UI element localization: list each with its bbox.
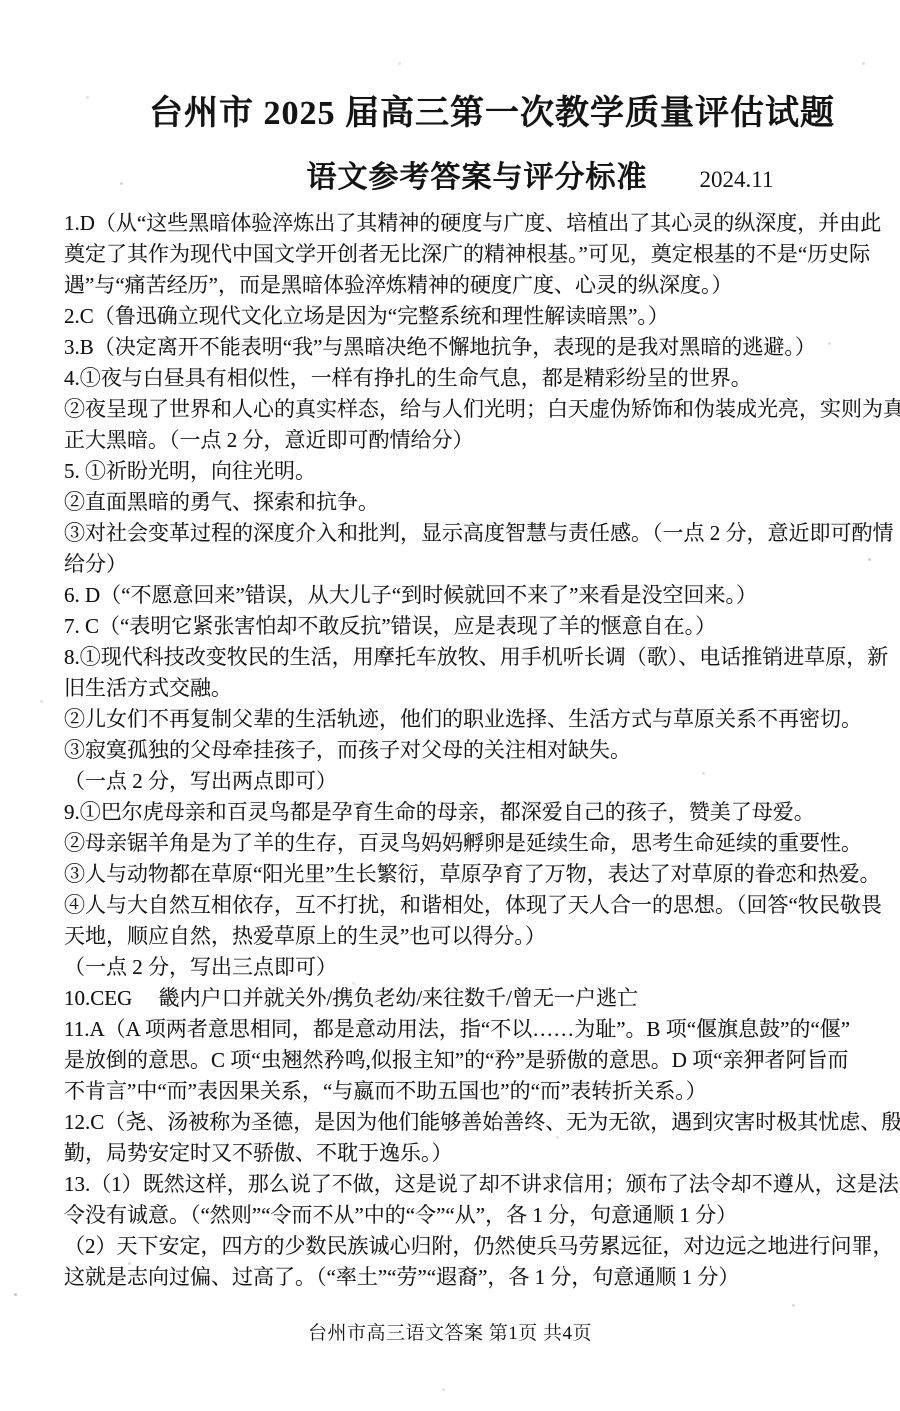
answer-line: 11.A（A 项两者意思相同，都是意动用法，指“不以……为耻”。B 项“偃旗息鼓…	[64, 1014, 882, 1045]
answer-line: 奠定了其作为现代中国文学开创者无比深广的精神根基。”可见，奠定根基的不是“历史际	[64, 239, 882, 270]
page-title: 台州市 2025 届高三第一次教学质量评估试题	[0, 0, 900, 138]
answer-line: ④人与大自然互相依存，互不打扰，和谐相处，体现了天人合一的思想。（回答“牧民敬畏	[64, 890, 882, 921]
answer-line: 天地，顺应自然，热爱草原上的生灵”也可以得分。）	[64, 921, 882, 952]
page-date: 2024.11	[700, 167, 774, 192]
answer-body: 1.D（从“这些黑暗体验淬炼出了其精神的硬度与广度、培植出了其心灵的纵深度，并由…	[64, 208, 882, 1293]
answer-line: 8.①现代科技改变牧民的生活，用摩托车放牧、用手机听长调（歌）、电话推销进草原，…	[64, 642, 882, 673]
answer-line: 遇”与“痛苦经历”，而是黑暗体验淬炼精神的硬度广度、心灵的纵深度。）	[64, 270, 882, 301]
page-subtitle: 语文参考答案与评分标准	[307, 161, 648, 194]
answer-line: 正大黑暗。（一点 2 分，意近即可酌情给分）	[64, 425, 882, 456]
answer-line: ③对社会变革过程的深度介入和批判，显示高度智慧与责任感。（一点 2 分，意近即可…	[64, 518, 882, 549]
page-footer: 台州市高三语文答案 第1页 共4页	[0, 1318, 900, 1345]
answer-line: ②儿女们不再复制父辈的生活轨迹，他们的职业选择、生活方式与草原关系不再密切。	[64, 704, 882, 735]
answer-line: 3.B（决定离开不能表明“我”与黑暗决绝不懈地抗争，表现的是我对黑暗的逃避。）	[64, 332, 882, 363]
answer-line: 12.C（尧、汤被称为圣德，是因为他们能够善始善终、无为无欲，遇到灾害时极其忧虑…	[64, 1107, 882, 1138]
answer-line: 给分）	[64, 549, 882, 580]
answer-line: 6. D（“不愿意回来”错误，从大儿子“到时候就回不来了”来看是没空回来。）	[64, 580, 882, 611]
answer-line: ②母亲锯羊角是为了羊的生存，百灵鸟妈妈孵卵是延续生命，思考生命延续的重要性。	[64, 828, 882, 859]
subtitle-row: 语文参考答案与评分标准2024.11	[0, 152, 900, 196]
answer-line: （2）天下安定，四方的少数民族诚心归附，仍然使兵马劳累远征，对边远之地进行问罪，	[64, 1231, 882, 1262]
answer-line: 5. ①祈盼光明，向往光明。	[64, 456, 882, 487]
answer-line: 2.C（鲁迅确立现代文化立场是因为“完整系统和理性解读暗黑”。）	[64, 301, 882, 332]
answer-line: 4.①夜与白昼具有相似性，一样有挣扎的生命气息，都是精彩纷呈的世界。	[64, 363, 882, 394]
answer-line: ③人与动物都在草原“阳光里”生长繁衍，草原孕育了万物，表达了对草原的眷恋和热爱。	[64, 859, 882, 890]
answer-line: （一点 2 分，写出三点即可）	[64, 952, 882, 983]
scanned-answer-page: 台州市 2025 届高三第一次教学质量评估试题 语文参考答案与评分标准2024.…	[0, 0, 900, 1411]
answer-line: 令没有诚意。（“然则”“令而不从”中的“令”“从”，各 1 分，句意通顺 1 分…	[64, 1200, 882, 1231]
answer-line: 9.①巴尔虎母亲和百灵鸟都是孕育生命的母亲，都深爱自己的孩子，赞美了母爱。	[64, 797, 882, 828]
answer-line: 不肯言”中“而”表因果关系，“与嬴而不助五国也”的“而”表转折关系。）	[64, 1076, 882, 1107]
answer-line: 这就是志向过偏、过高了。（“率土”“劳”“遐裔”，各 1 分，句意通顺 1 分）	[64, 1262, 882, 1293]
answer-line: ②直面黑暗的勇气、探索和抗争。	[64, 487, 882, 518]
answer-line: 7. C（“表明它紧张害怕却不敢反抗”错误，应是表现了羊的惬意自在。）	[64, 611, 882, 642]
answer-line: 13.（1）既然这样，那么说了不做，这是说了却不讲求信用；颁布了法令却不遵从，这…	[64, 1169, 882, 1200]
answer-line: 勤，局势安定时又不骄傲、不耽于逸乐。）	[64, 1138, 882, 1169]
answer-line: ②夜呈现了世界和人心的真实样态，给与人们光明；白天虚伪矫饰和伪装成光亮，实则为真	[64, 394, 882, 425]
answer-line: 是放倒的意思。C 项“虫翘然矜鸣,似报主知”的“矜”是骄傲的意思。D 项“亲狎者…	[64, 1045, 882, 1076]
answer-line: 1.D（从“这些黑暗体验淬炼出了其精神的硬度与广度、培植出了其心灵的纵深度，并由…	[64, 208, 882, 239]
answer-line: ③寂寞孤独的父母牵挂孩子，而孩子对父母的关注相对缺失。	[64, 735, 882, 766]
answer-line: 旧生活方式交融。	[64, 673, 882, 704]
answer-line: 10.CEG 畿内户口并就关外/携负老幼/来往数千/曾无一户逃亡	[64, 983, 882, 1014]
answer-line: （一点 2 分，写出两点即可）	[64, 766, 882, 797]
